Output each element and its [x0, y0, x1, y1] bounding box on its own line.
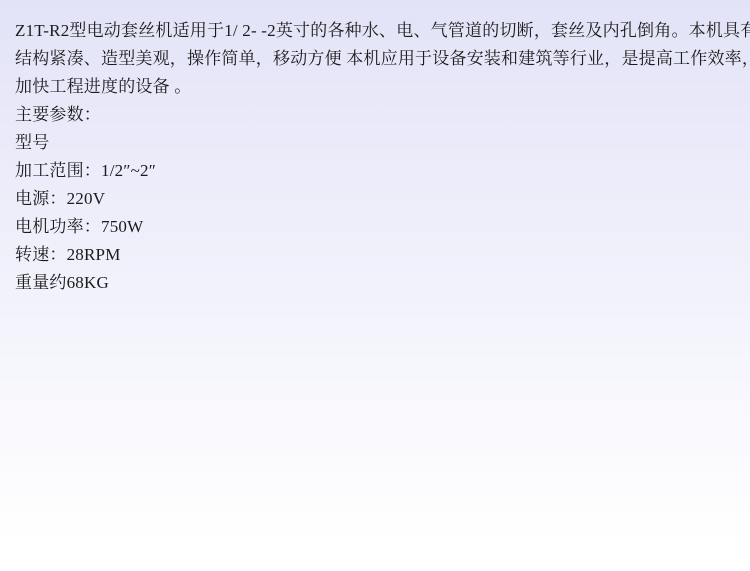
page-background: Z1T-R2型电动套丝机适用于1/ 2- -2英寸的各种水、电、气管道的切断，套…: [0, 0, 750, 571]
description-line: Z1T-R2型电动套丝机适用于1/ 2- -2英寸的各种水、电、气管道的切断，套…: [15, 17, 736, 45]
spec-item-weight: 重量约68KG: [15, 269, 736, 297]
spec-item-motor-power: 电机功率：750W: [15, 213, 736, 241]
product-document: Z1T-R2型电动套丝机适用于1/ 2- -2英寸的各种水、电、气管道的切断，套…: [0, 0, 750, 297]
spec-item-power-supply: 电源：220V: [15, 185, 736, 213]
description-line: 结构紧凑、造型美观，操作简单，移动方便 本机应用于设备安装和建筑等行业，是提高工…: [15, 45, 736, 73]
spec-item-working-range: 加工范围：1/2″~2″: [15, 157, 736, 185]
description-line: 加快工程进度的设备 。: [15, 73, 736, 101]
spec-item-speed: 转速：28RPM: [15, 241, 736, 269]
specs-heading: 主要参数：: [15, 101, 736, 129]
spec-item-model: 型号: [15, 129, 736, 157]
